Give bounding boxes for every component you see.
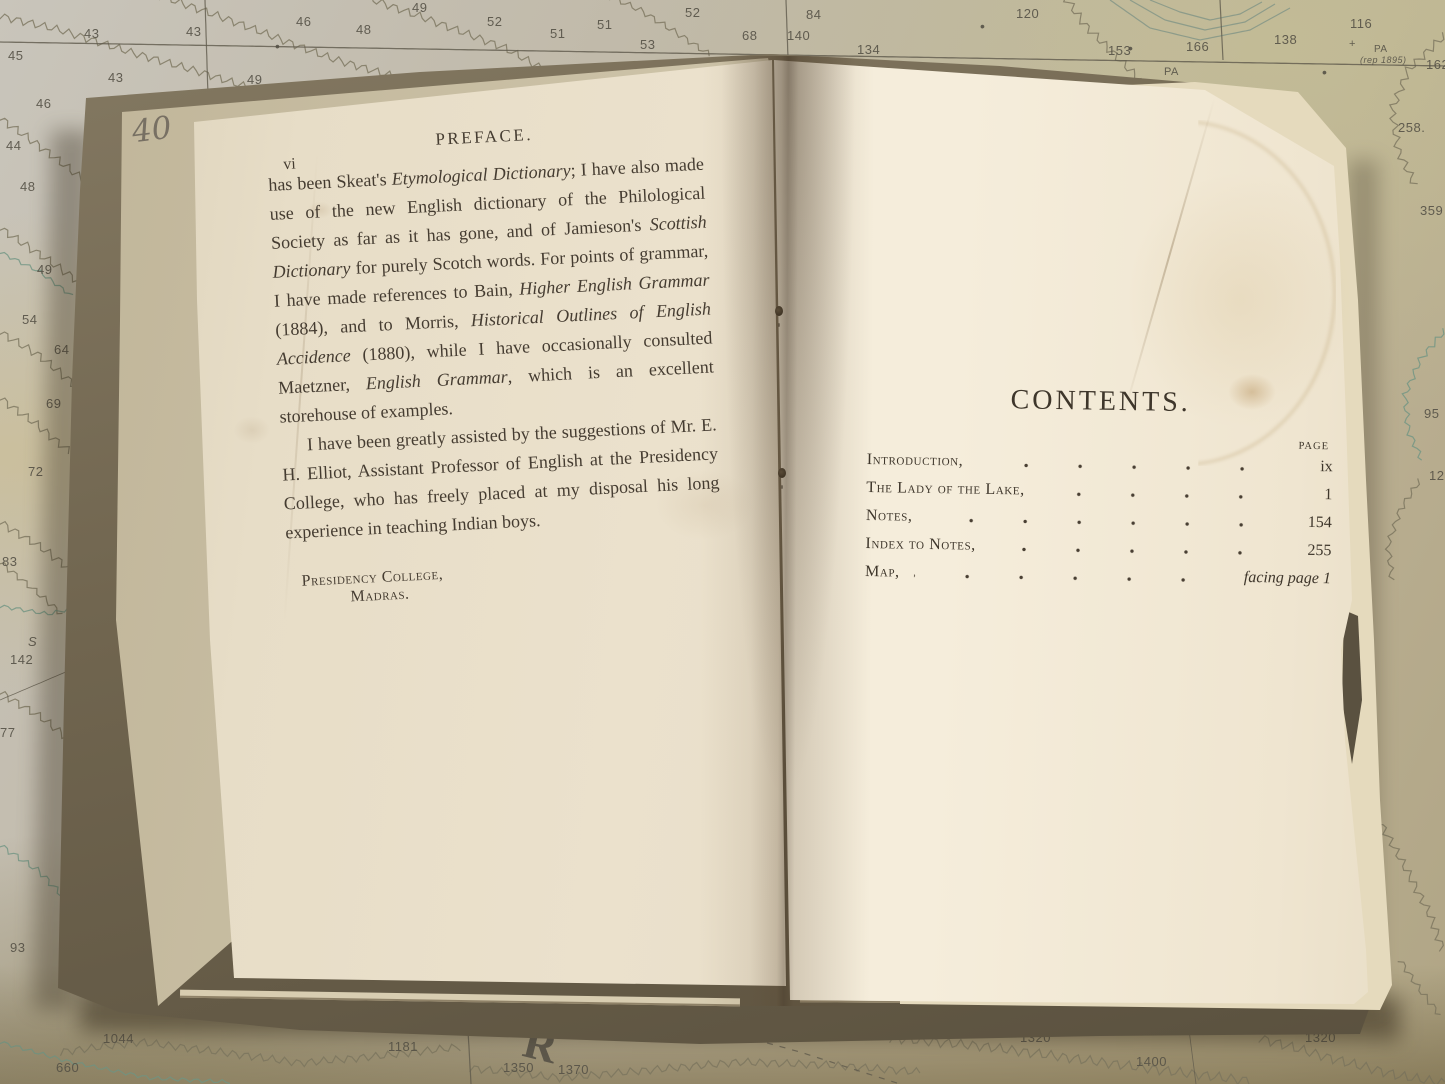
toc-page-number: 1: [1302, 481, 1332, 509]
contents-rows: Introduction,ixThe Lady of the Lake,1Not…: [865, 446, 1333, 593]
chart-depth-label: 1181: [388, 1039, 418, 1054]
chart-depth-label: 121: [1429, 468, 1445, 483]
chart-depth-label: 258.: [1398, 120, 1425, 135]
chart-depth-label: 53: [640, 37, 655, 52]
dot-leader: [926, 516, 1291, 530]
dot-leader: [977, 461, 1293, 474]
chart-depth-label: +: [1349, 38, 1356, 50]
chart-depth-label: 120: [1016, 6, 1039, 21]
chart-depth-label: 48: [356, 22, 371, 37]
chart-depth-label: 660: [56, 1060, 79, 1075]
chart-depth-label: S: [28, 634, 37, 649]
chart-depth-label: 134: [857, 42, 880, 57]
chart-depth-label: 84: [806, 7, 821, 22]
chart-depth-label: (rep 1895): [1360, 55, 1407, 65]
chart-depth-label: 49: [412, 0, 427, 15]
chart-depth-label: 54: [22, 312, 37, 327]
page-number-folio: vi: [283, 156, 296, 175]
preface-paragraphs: has been Skeat's Etymological Dictionary…: [268, 150, 722, 548]
chart-depth-label: 43: [186, 24, 201, 39]
chart-depth-label: 72: [28, 464, 43, 479]
chart-depth-label: 162: [1426, 57, 1445, 72]
toc-label: Notes,: [866, 502, 913, 531]
chart-depth-label: 48: [20, 179, 35, 194]
toc-page-number: 154: [1302, 509, 1332, 537]
chart-depth-label: 140: [787, 28, 810, 43]
chart-depth-label: 51: [597, 17, 612, 32]
chart-depth-label: 359: [1420, 203, 1443, 218]
contents-heading: CONTENTS.: [867, 382, 1333, 421]
chart-depth-label: •: [1128, 40, 1133, 56]
toc-label: Index to Notes,: [865, 530, 976, 560]
dot-leader: [914, 572, 1234, 585]
chart-depth-label: 46: [36, 96, 51, 111]
toc-label: Introduction,: [867, 446, 964, 476]
preface-page-content: vi PREFACE. has been Skeat's Etymologica…: [266, 117, 725, 610]
chart-depth-label: 1370: [558, 1062, 589, 1077]
chart-depth-label: •: [980, 18, 985, 34]
chart-depth-label: PA: [1164, 66, 1179, 78]
chart-depth-label: 68: [742, 28, 757, 43]
chart-depth-label: 43: [108, 70, 123, 85]
chart-depth-label: 95: [1424, 406, 1439, 421]
chart-depth-label: 77: [0, 725, 15, 740]
page-gutter-shadow: [698, 56, 875, 1007]
chart-depth-label: 52: [685, 5, 700, 20]
chart-depth-label: 1400: [1136, 1054, 1167, 1069]
chart-depth-label: 116: [1350, 16, 1372, 31]
scene-open-book-on-chart: 434346484543494649PAunexploded torpedo49…: [0, 0, 1445, 1084]
chart-depth-label: 51: [550, 26, 565, 41]
toc-label: The Lady of the Lake,: [866, 474, 1025, 504]
chart-depth-label: 138: [1274, 32, 1297, 47]
dot-leader: [990, 545, 1292, 558]
chart-depth-label: 83: [2, 554, 17, 569]
chart-depth-label: •: [1322, 64, 1327, 80]
chart-depth-label: 46: [296, 14, 311, 29]
contents-page-content: CONTENTS. PAGE Introduction,ixThe Lady o…: [865, 382, 1334, 593]
binding-stitch: [778, 468, 786, 478]
chart-depth-label: •: [275, 38, 280, 54]
chart-depth-label: 166: [1186, 39, 1209, 54]
toc-page-number: 255: [1301, 537, 1331, 565]
chart-depth-label: PA: [1374, 44, 1388, 55]
chart-depth-label: 43: [84, 26, 99, 41]
preface-paragraph: I have been greatly assisted by the sugg…: [280, 410, 721, 547]
chart-depth-label: 1044: [103, 1031, 134, 1046]
toc-page-number: facing page 1: [1244, 564, 1332, 593]
toc-page-number: ix: [1303, 453, 1333, 481]
dot-leader: [1039, 490, 1293, 502]
handwritten-pencil-40: 40: [130, 110, 174, 151]
chart-depth-label: 93: [10, 940, 25, 955]
binding-stitch: [775, 306, 783, 316]
chart-depth-label: 142: [10, 652, 33, 667]
preface-paragraph: has been Skeat's Etymological Dictionary…: [268, 150, 716, 432]
chart-depth-label: 45: [8, 48, 23, 63]
chart-depth-label: 44: [6, 138, 21, 153]
chart-depth-label: 52: [487, 14, 502, 29]
